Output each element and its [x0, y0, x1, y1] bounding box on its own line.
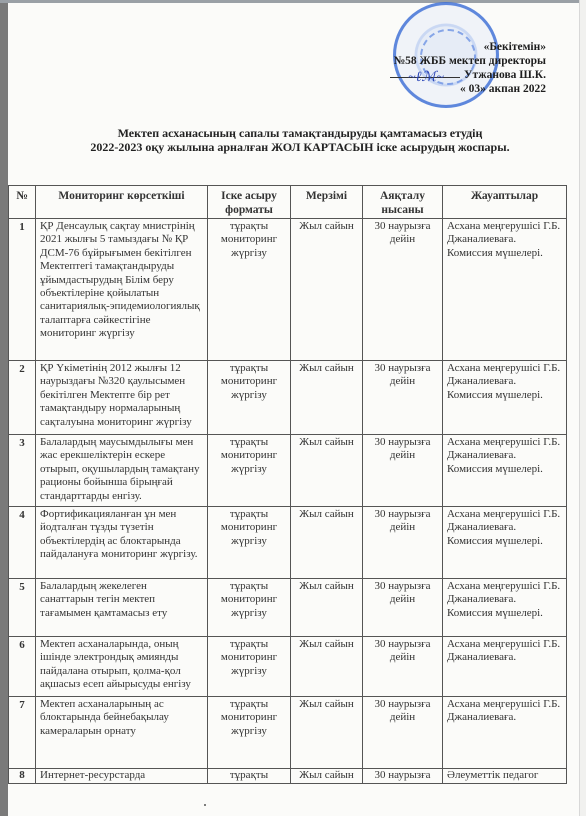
header-indicator: Мониторинг көрсеткіші: [36, 186, 208, 219]
approval-signature-line: ~ℓℳ~Утжанова Ш.К.: [390, 68, 546, 82]
period-cell: Жыл сайын: [291, 219, 363, 361]
period-cell: Жыл сайын: [291, 361, 363, 435]
indicator-cell: Интернет-ресурстарда: [36, 769, 208, 784]
table-header-row: № Мониторинг көрсеткіші Іске асыру форма…: [9, 186, 567, 219]
scan-speck: [204, 804, 206, 806]
document-title: Мектеп асханасының сапалы тамақтандыруды…: [20, 126, 580, 154]
completion-cell: 30 наурызға дейін: [363, 435, 443, 507]
row-number: 4: [9, 507, 36, 579]
header-period: Мерзімі: [291, 186, 363, 219]
table-row: 1ҚР Денсаулық сақтау мнистрінің 2021 жыл…: [9, 219, 567, 361]
header-responsible: Жауаптылар: [443, 186, 567, 219]
period-cell: Жыл сайын: [291, 769, 363, 784]
header-completion: Аяқталу нысаны: [363, 186, 443, 219]
completion-cell: 30 наурызға дейін: [363, 361, 443, 435]
approval-position: №58 ЖББ мектеп директоры: [390, 54, 546, 68]
period-cell: Жыл сайын: [291, 697, 363, 769]
indicator-cell: ҚР Денсаулық сақтау мнистрінің 2021 жылғ…: [36, 219, 208, 361]
table-row: 3Балалардың маусымдылығы мен жас ерекшел…: [9, 435, 567, 507]
indicator-cell: Фортификацияланған ұн мен йодталған тұзд…: [36, 507, 208, 579]
responsible-cell: Асхана меңгерушісі Г.Б. Джаналиеваға.: [443, 697, 567, 769]
signature-underline: ~ℓℳ~: [390, 77, 460, 78]
responsible-cell: Әлеуметтік педагог: [443, 769, 567, 784]
format-cell: тұрақты мониторинг жүргізу: [208, 361, 291, 435]
format-cell: тұрақты: [208, 769, 291, 784]
format-cell: тұрақты мониторинг жүргізу: [208, 697, 291, 769]
header-format: Іске асыру форматы: [208, 186, 291, 219]
signature-icon: ~ℓℳ~: [408, 71, 444, 85]
header-number: №: [9, 186, 36, 219]
format-cell: тұрақты мониторинг жүргізу: [208, 579, 291, 637]
scan-right-edge: [579, 0, 586, 816]
responsible-cell: Асхана меңгерушісі Г.Б. Джаналиеваға. Ко…: [443, 507, 567, 579]
title-line-2: 2022-2023 оқу жылына арналған ЖОЛ КАРТАС…: [20, 140, 580, 154]
period-cell: Жыл сайын: [291, 579, 363, 637]
table-row: 7Мектеп асханаларының ас блоктарында бей…: [9, 697, 567, 769]
approval-header: «Бекітемін»: [390, 40, 546, 54]
responsible-cell: Асхана меңгерушісі Г.Б. Джаналиеваға. Ко…: [443, 219, 567, 361]
period-cell: Жыл сайын: [291, 637, 363, 697]
table-row: 6Мектеп асханаларында, оның ішінде элект…: [9, 637, 567, 697]
format-cell: тұрақты мониторинг жүргізу: [208, 637, 291, 697]
table-row: 2ҚР Үкіметінің 2012 жылғы 12 наурыздағы …: [9, 361, 567, 435]
format-cell: тұрақты мониторинг жүргізу: [208, 507, 291, 579]
completion-cell: 30 наурызға: [363, 769, 443, 784]
responsible-cell: Асхана меңгерушісі Г.Б. Джаналиеваға. Ко…: [443, 579, 567, 637]
indicator-cell: Мектеп асханаларының ас блоктарында бейн…: [36, 697, 208, 769]
row-number: 7: [9, 697, 36, 769]
format-cell: тұрақты мониторинг жүргізу: [208, 219, 291, 361]
period-cell: Жыл сайын: [291, 435, 363, 507]
completion-cell: 30 наурызға дейін: [363, 579, 443, 637]
table-row: 4Фортификацияланған ұн мен йодталған тұз…: [9, 507, 567, 579]
completion-cell: 30 наурызға дейін: [363, 637, 443, 697]
completion-cell: 30 наурызға дейін: [363, 219, 443, 361]
row-number: 1: [9, 219, 36, 361]
row-number: 8: [9, 769, 36, 784]
format-cell: тұрақты мониторинг жүргізу: [208, 435, 291, 507]
completion-cell: 30 наурызға дейін: [363, 507, 443, 579]
approval-name: Утжанова Ш.К.: [464, 69, 546, 81]
row-number: 2: [9, 361, 36, 435]
approval-block: «Бекітемін» №58 ЖББ мектеп директоры ~ℓℳ…: [390, 40, 546, 96]
responsible-cell: Асхана меңгерушісі Г.Б. Джаналиеваға. Ко…: [443, 435, 567, 507]
table-row: 8Интернет-ресурстардатұрақтыЖыл сайын30 …: [9, 769, 567, 784]
responsible-cell: Асхана меңгерушісі Г.Б. Джаналиеваға.: [443, 637, 567, 697]
row-number: 5: [9, 579, 36, 637]
responsible-cell: Асхана меңгерушісі Г.Б. Джаналиеваға. Ко…: [443, 361, 567, 435]
indicator-cell: Балалардың маусымдылығы мен жас ерекшелі…: [36, 435, 208, 507]
completion-cell: 30 наурызға дейін: [363, 697, 443, 769]
row-number: 6: [9, 637, 36, 697]
table-row: 5Балалардың жекелеген санаттарын тегін м…: [9, 579, 567, 637]
roadmap-table: № Мониторинг көрсеткіші Іске асыру форма…: [8, 185, 567, 784]
period-cell: Жыл сайын: [291, 507, 363, 579]
row-number: 3: [9, 435, 36, 507]
title-line-1: Мектеп асханасының сапалы тамақтандыруды…: [20, 126, 580, 140]
indicator-cell: ҚР Үкіметінің 2012 жылғы 12 наурыздағы №…: [36, 361, 208, 435]
indicator-cell: Балалардың жекелеген санаттарын тегін ме…: [36, 579, 208, 637]
indicator-cell: Мектеп асханаларында, оның ішінде электр…: [36, 637, 208, 697]
